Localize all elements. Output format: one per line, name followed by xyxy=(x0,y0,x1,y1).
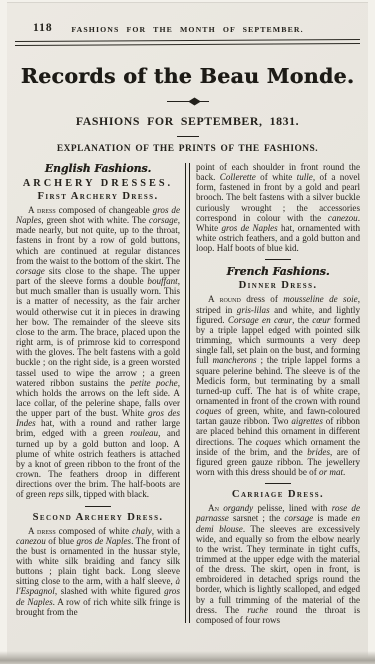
text-run: of blue xyxy=(46,536,77,546)
running-title: FASHIONS FOR THE MONTH OF SEPTEMBER. xyxy=(13,22,362,34)
text-run: A xyxy=(208,294,219,304)
text-run: . The sleeves are excessively wide, and … xyxy=(196,524,360,615)
section-title: ARCHERY DRESSES. xyxy=(16,178,180,189)
header-double-rule xyxy=(15,39,360,46)
text-run: , slashed with white figured xyxy=(55,586,164,596)
subsection-heading: English Fashions. xyxy=(16,162,180,175)
text-run: , green shot with white. The xyxy=(41,215,149,225)
italic-term: corsage xyxy=(284,513,313,523)
paragraph: A round dress of mousseline de soie, str… xyxy=(196,294,360,477)
text-run: , with a xyxy=(152,526,180,536)
diamond-icon xyxy=(188,98,201,106)
italic-term: tulle xyxy=(297,172,313,182)
text-run: . xyxy=(343,467,345,477)
text-run: , but much smaller than is usually worn.… xyxy=(16,276,180,388)
text-run: is made xyxy=(313,513,351,523)
text-run: pelisse, lined with xyxy=(253,503,332,513)
italic-term: rouleau xyxy=(130,428,158,438)
italic-term: Collerette xyxy=(220,172,256,182)
left-column: English Fashions.ARCHERY DRESSES.First A… xyxy=(16,162,185,625)
text-run: An xyxy=(208,503,219,513)
text-columns: English Fashions.ARCHERY DRESSES.First A… xyxy=(13,162,362,625)
italic-term: mousseline de soie xyxy=(283,294,357,304)
masthead-ornament xyxy=(164,97,212,106)
text-run: composed of white xyxy=(56,526,132,536)
italic-term: bouffant xyxy=(147,276,177,286)
italic-term: corsage xyxy=(16,266,45,276)
text-run: silk, tipped with black. xyxy=(64,489,149,499)
paragraph: An organdy pelisse, lined with rose de p… xyxy=(196,503,360,625)
divider-rule xyxy=(85,506,111,507)
text-run: A xyxy=(28,205,37,215)
dress-subheading: First Archery Dress. xyxy=(16,191,180,202)
scanned-page: 118 FASHIONS FOR THE MONTH OF SEPTEMBER.… xyxy=(0,0,375,664)
issue-title-rule xyxy=(177,136,199,137)
italic-term: brides xyxy=(307,447,330,457)
text-run: dress xyxy=(37,205,56,215)
italic-term: organdy xyxy=(223,503,253,513)
italic-term: aigrettes xyxy=(291,416,323,426)
italic-term: Corsage en cœur xyxy=(228,315,292,325)
italic-term: canezou xyxy=(16,536,46,546)
issue-title: FASHIONS FOR SEPTEMBER, 1831. xyxy=(13,114,362,129)
italic-term: coques xyxy=(196,406,221,416)
italic-term: cœur xyxy=(312,315,330,325)
italic-term: ruche xyxy=(247,605,268,615)
italic-term: gros de Naples xyxy=(76,536,131,546)
divider-rule xyxy=(265,259,291,260)
dress-subheading: Second Archery Dress. xyxy=(16,512,180,523)
paragraph: point of each shoulder in front round th… xyxy=(196,162,360,253)
italic-term: mancherons xyxy=(212,355,256,365)
italic-term: petite poche xyxy=(130,378,177,388)
subsection-heading: French Fashions. xyxy=(196,265,360,278)
italic-term: chaly xyxy=(132,526,152,536)
text-run: round xyxy=(219,294,240,304)
text-run: dress of xyxy=(241,294,283,304)
page-content: 118 FASHIONS FOR THE MONTH OF SEPTEMBER.… xyxy=(7,2,368,625)
text-run: of white xyxy=(256,172,297,182)
right-column: point of each shoulder in front round th… xyxy=(190,162,360,625)
italic-term: or mat xyxy=(319,467,343,477)
text-run: , the xyxy=(292,315,312,325)
text-run: sarsnet ; the xyxy=(229,513,285,523)
italic-term: reps xyxy=(48,489,63,499)
page-header: 118 FASHIONS FOR THE MONTH OF SEPTEMBER. xyxy=(13,22,362,35)
italic-term: gris-lilas xyxy=(237,305,270,315)
text-run: dress xyxy=(37,526,56,536)
section-heading: EXPLANATION OF THE PRINTS OF THE FASHION… xyxy=(13,144,362,154)
dress-subheading: Dinner Dress. xyxy=(196,280,360,291)
divider-rule xyxy=(265,483,291,484)
dress-subheading: Carriage Dress. xyxy=(196,489,360,500)
italic-term: gros de Naples xyxy=(222,223,278,233)
italic-term: canezou xyxy=(328,213,358,223)
masthead-title: Records of the Beau Monde. xyxy=(13,64,362,88)
italic-term: coques xyxy=(256,437,281,447)
paragraph: A dress composed of white chaly, with a … xyxy=(16,526,180,617)
paragraph: A dress composed of changeable gros de N… xyxy=(16,205,180,500)
page-bottom-edge xyxy=(0,651,375,664)
page: 118 FASHIONS FOR THE MONTH OF SEPTEMBER.… xyxy=(7,2,368,664)
italic-term: corsage xyxy=(149,215,178,225)
page-number: 118 xyxy=(33,22,53,34)
text-run: A xyxy=(28,526,37,536)
text-run: composed of changeable xyxy=(56,205,153,215)
